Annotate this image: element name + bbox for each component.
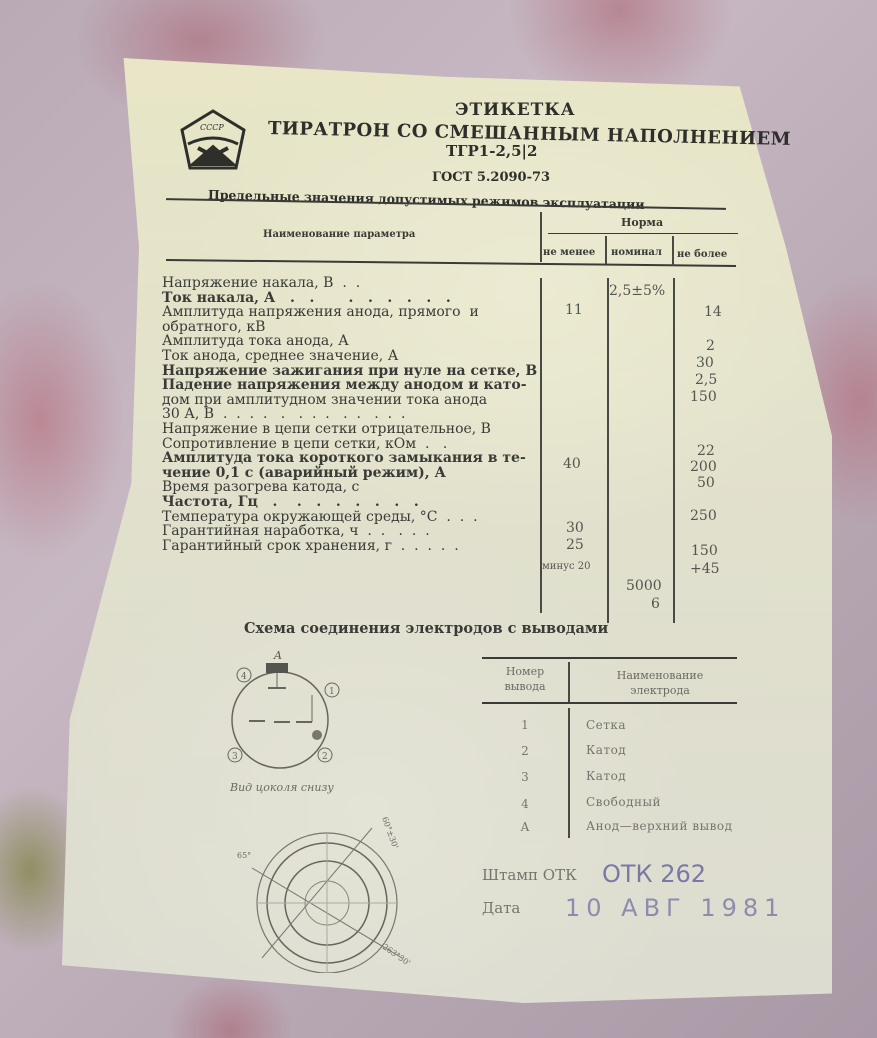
table-row: чение 0,1 с (аварийный режим), А bbox=[162, 466, 542, 481]
table-row: Амплитуда тока короткого замыкания в те- bbox=[162, 451, 542, 466]
header-min: не менее bbox=[543, 247, 595, 258]
pin-electrode: Анод—верхний вывод bbox=[586, 819, 733, 833]
min-value: минус 20 bbox=[542, 561, 591, 572]
min-value: 40 bbox=[563, 456, 581, 472]
pin-number: 3 bbox=[495, 770, 555, 784]
pin-electrode: Сетка bbox=[586, 718, 626, 732]
pin-electrode: Катод bbox=[586, 743, 626, 757]
header-parameter: Наименование параметра bbox=[263, 229, 415, 240]
svg-text:1: 1 bbox=[329, 687, 335, 697]
pin-number: 1 bbox=[495, 718, 555, 732]
ussr-quality-mark-icon: СССР bbox=[178, 108, 248, 174]
date-stamp: 10 АВГ 1981 bbox=[565, 894, 785, 922]
max-value: 250 bbox=[690, 508, 717, 524]
nominal-value: 5000 bbox=[626, 578, 662, 594]
max-value: +45 bbox=[690, 561, 720, 577]
table-row: дом при амплитудном значении тока анода bbox=[162, 393, 542, 408]
table-row: Падение напряжения между анодом и като- bbox=[162, 378, 542, 393]
table-row: Напряжение в цепи сетки отрицательное, В bbox=[162, 422, 542, 437]
col-divider-header-3 bbox=[672, 236, 674, 266]
date-label: Дата bbox=[482, 899, 520, 917]
table-row: Напряжение накала, В . . bbox=[162, 276, 542, 291]
product-model: ТГР1-2,5|2 bbox=[446, 142, 537, 160]
max-value: 22 bbox=[697, 443, 715, 459]
table-row: обратного, кВ bbox=[162, 320, 542, 335]
pin-electrode-header: Наименование электрода bbox=[590, 668, 730, 698]
parameter-list: Напряжение накала, В . . Ток накала, А .… bbox=[162, 276, 542, 553]
pin-table-header-rule bbox=[482, 702, 737, 704]
col-divider-header bbox=[540, 212, 542, 262]
table-row: Частота, Гц . . . . . . . . bbox=[162, 495, 542, 510]
col-divider-max bbox=[673, 278, 675, 623]
pin-number-header: Номер вывода bbox=[490, 664, 560, 694]
table-row: Напряжение зажигания при нуле на сетке, … bbox=[162, 364, 542, 379]
svg-text:60°±30': 60°±30' bbox=[380, 816, 400, 850]
stamp-label: Штамп ОТК bbox=[482, 866, 577, 884]
max-value: 2,5 bbox=[695, 372, 717, 388]
table-row: Сопротивление в цепи сетки, кОм . . bbox=[162, 437, 542, 452]
nominal-value: 6 bbox=[651, 596, 660, 612]
svg-text:65°: 65° bbox=[237, 851, 251, 860]
max-value: 150 bbox=[690, 389, 717, 405]
table-row: Температура окружающей среды, °С . . . bbox=[162, 510, 542, 525]
header-max: не более bbox=[677, 249, 727, 260]
base-dimension-drawing: 65° 60°±30' 263°30' bbox=[232, 808, 432, 973]
base-view-caption: Вид цоколя снизу bbox=[230, 781, 334, 794]
nominal-value: 2,5±5% bbox=[609, 283, 665, 299]
max-value: 2 bbox=[706, 338, 715, 354]
schema-title: Схема соединения электродов с выводами bbox=[244, 620, 608, 637]
max-value: 150 bbox=[691, 543, 718, 559]
pin-table-top-rule bbox=[482, 657, 737, 659]
table-row: Амплитуда напряжения анода, прямого и bbox=[162, 305, 542, 320]
gost-standard: ГОСТ 5.2090-73 bbox=[432, 170, 550, 185]
table-row: Ток анода, среднее значение, А bbox=[162, 349, 542, 364]
table-row: Время разогрева катода, с bbox=[162, 480, 542, 495]
max-value: 14 bbox=[704, 304, 722, 320]
document-type: ЭТИКЕТКА bbox=[455, 100, 576, 120]
pin-table-header-divider bbox=[568, 662, 570, 702]
otk-stamp: ОТК 262 bbox=[602, 860, 706, 888]
max-value: 50 bbox=[697, 475, 715, 491]
pin-number: 4 bbox=[495, 797, 555, 811]
svg-text:3: 3 bbox=[232, 752, 238, 762]
svg-text:A: A bbox=[273, 649, 282, 662]
pin-table-divider bbox=[568, 708, 570, 838]
quality-mark-logo: СССР bbox=[178, 108, 248, 174]
svg-text:263°30': 263°30' bbox=[381, 942, 412, 968]
min-value: 30 bbox=[566, 520, 584, 536]
min-value: 11 bbox=[565, 302, 583, 318]
min-value: 25 bbox=[566, 537, 584, 553]
pin-electrode: Свободный bbox=[586, 795, 661, 809]
max-value: 200 bbox=[690, 459, 717, 475]
max-value: 30 bbox=[696, 355, 714, 371]
svg-text:2: 2 bbox=[322, 752, 328, 762]
pin-electrode: Катод bbox=[586, 769, 626, 783]
header-norm: Норма bbox=[621, 216, 663, 229]
pin-number: A bbox=[495, 820, 555, 834]
header-nominal: номинал bbox=[611, 247, 662, 258]
svg-text:4: 4 bbox=[241, 672, 247, 682]
col-divider-nominal bbox=[607, 278, 609, 623]
table-row: Гарантийная наработка, ч . . . . . bbox=[162, 524, 542, 539]
col-divider-header-2 bbox=[605, 236, 607, 264]
table-row: Амплитуда тока анода, А bbox=[162, 334, 542, 349]
norm-subheader-rule bbox=[548, 233, 738, 234]
table-row: Ток накала, А . . . . . . . . bbox=[162, 291, 542, 306]
table-row: 30 А, В . . . . . . . . . . . . . bbox=[162, 407, 542, 422]
svg-text:СССР: СССР bbox=[200, 123, 224, 132]
tube-base-pinout-diagram: A 4 1 3 2 bbox=[222, 645, 362, 775]
table-row: Гарантийный срок хранения, г . . . . . bbox=[162, 539, 542, 554]
pin-number: 2 bbox=[495, 744, 555, 758]
